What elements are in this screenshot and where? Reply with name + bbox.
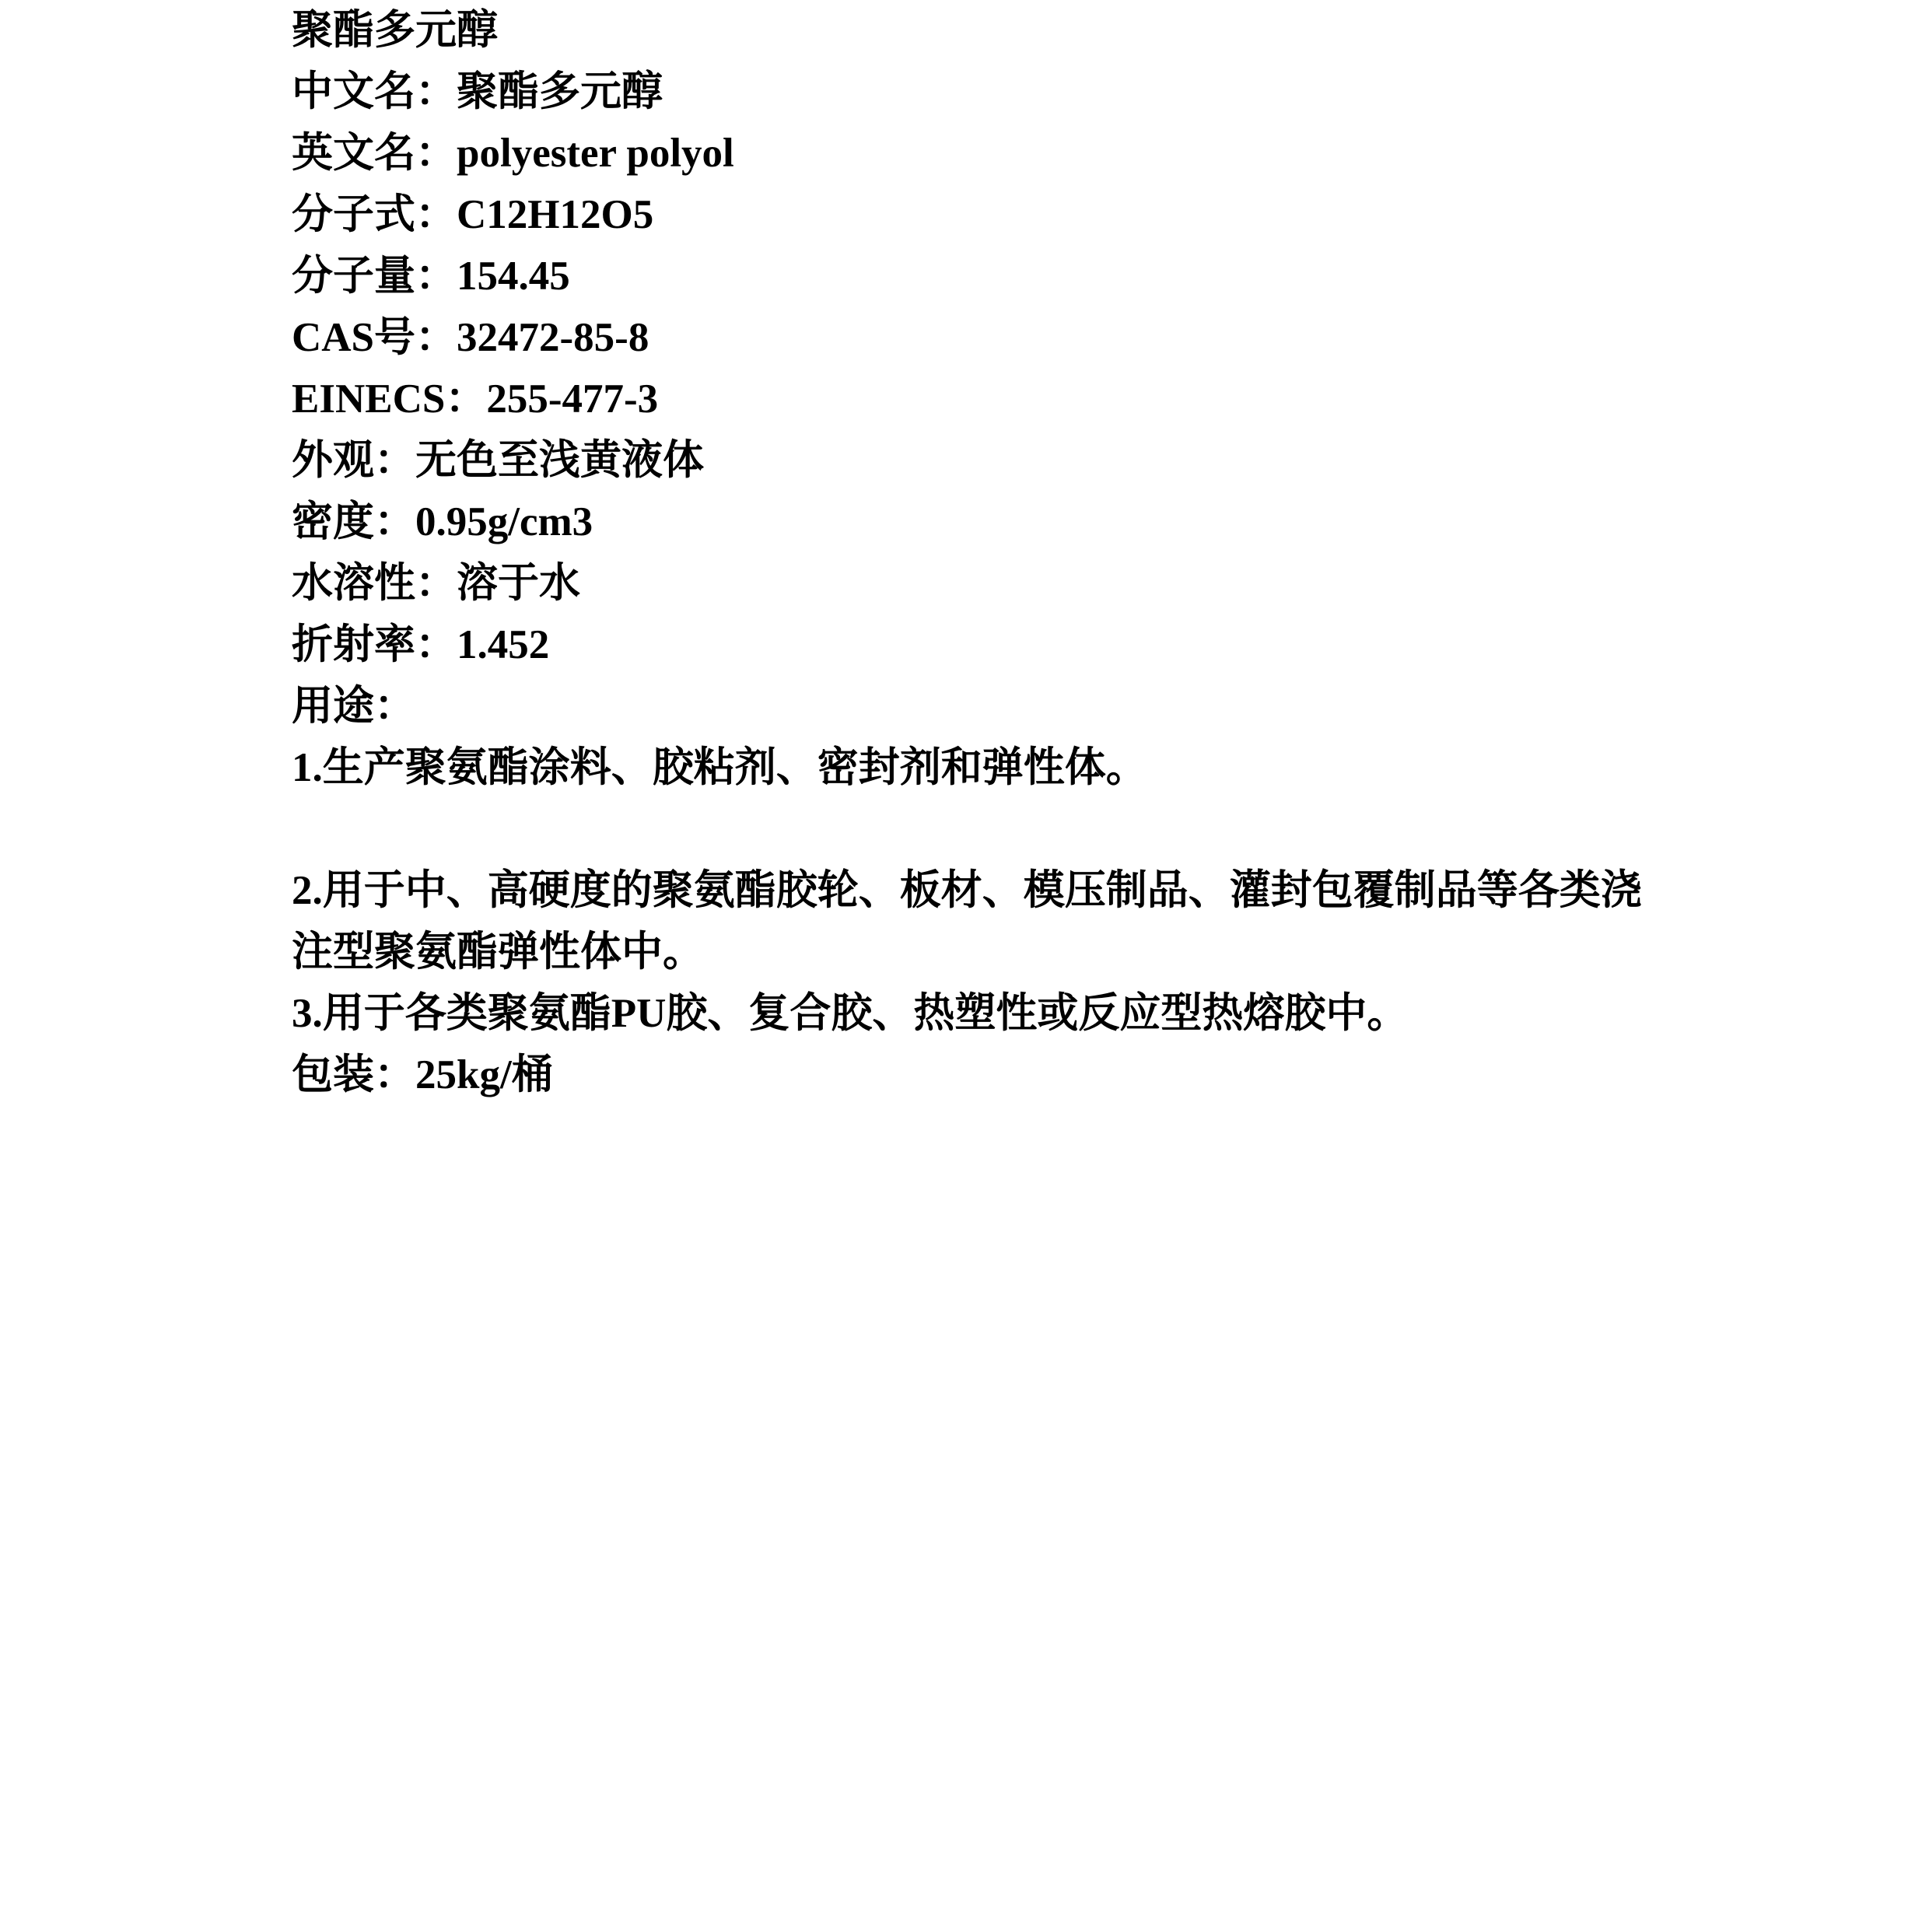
property-line-water-solubility: 水溶性：溶于水 — [292, 553, 1665, 614]
usage-heading: 用途： — [292, 676, 1665, 737]
property-line-molecular-formula: 分子式：C12H12O5 — [292, 184, 1665, 246]
usage-item-1: 1.生产聚氨酯涂料、胶粘剂、密封剂和弹性体。 — [292, 737, 1665, 799]
usage-item-2: 2.用于中、高硬度的聚氨酯胶轮、板材、模压制品、灌封包覆制品等各类浇注型聚氨酯弹… — [292, 860, 1665, 983]
property-line-chinese-name: 中文名：聚酯多元醇 — [292, 61, 1665, 123]
packaging-line: 包装：25kg/桶 — [292, 1045, 1665, 1106]
property-line-cas-number: CAS号：32472-85-8 — [292, 307, 1665, 369]
usage-section: 用途： 1.生产聚氨酯涂料、胶粘剂、密封剂和弹性体。 — [292, 676, 1665, 799]
property-line-einecs: EINECS：255-477-3 — [292, 369, 1665, 430]
property-line-english-name: 英文名：polyester polyol — [292, 123, 1665, 184]
usage-item-3: 3.用于各类聚氨酯PU胶、复合胶、热塑性或反应型热熔胶中。 — [292, 983, 1665, 1045]
document-title: 聚酯多元醇 — [292, 0, 1665, 61]
property-line-molecular-weight: 分子量：154.45 — [292, 246, 1665, 307]
document-body: 聚酯多元醇 中文名：聚酯多元醇 英文名：polyester polyol 分子式… — [0, 0, 1929, 1932]
property-line-refractive-index: 折射率：1.452 — [292, 614, 1665, 676]
property-line-density: 密度：0.95g/cm3 — [292, 492, 1665, 553]
property-line-appearance: 外观：无色至浅黄液体 — [292, 430, 1665, 492]
